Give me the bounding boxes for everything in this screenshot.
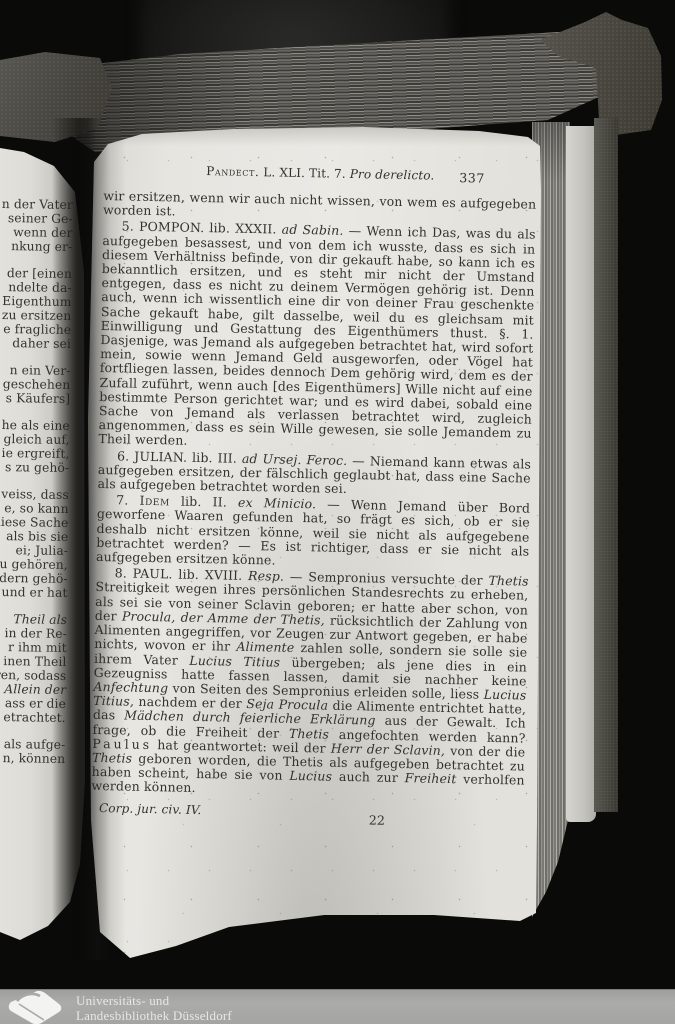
- fragment-line: ass er die: [0, 696, 66, 711]
- fragment-line: ndelte da-: [0, 280, 72, 295]
- fragment-line: u gehören,: [0, 557, 68, 572]
- book-flyleaf-edge: [566, 126, 596, 822]
- fragment-group: veiss, dasse, so kannliese Sacheals bis …: [0, 487, 69, 600]
- library-watermark-bar: Universitäts- und Landesbibliothek Düsse…: [0, 989, 675, 1024]
- sheet-number: 22: [369, 813, 386, 828]
- fragment-line: n der Vater: [0, 197, 73, 212]
- fragment-line: he als eine: [0, 418, 70, 433]
- fragment-line: liese Sache: [0, 515, 69, 530]
- fragment-line: und er hat: [0, 585, 68, 600]
- fragment-line: seiner Ge-: [0, 211, 73, 226]
- paragraph: 5. POMPON. lib. XXXII. ad Sabin. — Wenn …: [98, 219, 535, 455]
- fragment-line: geschehen: [0, 377, 70, 392]
- fragment-line: daher sei: [0, 336, 71, 351]
- fragment-line: r ihm mit: [0, 640, 67, 655]
- fragment-line: in der Re-: [0, 626, 67, 641]
- fragment-line: Allein der: [0, 682, 66, 697]
- fragment-line: e fragliche: [0, 322, 71, 337]
- paragraph: 7. Idem lib. II. ex Minicio. — Wenn Jema…: [96, 493, 530, 573]
- page-text-block: Pandect. L. XLI. Tit. 7. Pro derelicto. …: [91, 162, 537, 839]
- paragraph: 8. PAUL. lib. XVIII. Resp. — Sempronius …: [91, 566, 528, 802]
- paragraph: 6. JULIAN. lib. III. ad Ursej. Feroc. — …: [97, 449, 531, 500]
- page-body: wir ersitzen, wenn wir auch nicht wissen…: [91, 189, 536, 802]
- fragment-line: etrachtet.: [0, 710, 66, 725]
- fragment-group: Theil alsin der Re-r ihm mitinen Theilre…: [0, 612, 67, 725]
- running-head-title: Pandect. L. XLI. Tit. 7. Pro derelicto.: [206, 164, 434, 183]
- book-page: Pandect. L. XLI. Tit. 7. Pro derelicto. …: [84, 120, 542, 958]
- page-number: 337: [459, 171, 485, 186]
- book-scan-photo: n der Vaterseiner Ge-wenn dernkung er-de…: [0, 0, 675, 1024]
- fragment-line: ie ergreift,: [0, 446, 70, 461]
- fragment-line: Theil als: [0, 612, 67, 627]
- fragment-line: s zu gehö-: [0, 460, 69, 475]
- fragment-group: der [einenndelte da-Eigenthumzu ersitzen…: [0, 266, 72, 351]
- fragment-line: als bis sie: [0, 529, 68, 544]
- fragment-group: n der Vaterseiner Ge-wenn dernkung er-: [0, 197, 73, 254]
- fragment-line: ei; Julia-: [0, 543, 68, 558]
- fragment-line: als aufge-: [0, 737, 65, 752]
- fragment-line: nkung er-: [0, 239, 72, 254]
- volume-signature: Corp. jur. civ. IV.: [99, 801, 202, 817]
- library-name-line2: Landesbibliothek Düsseldorf: [76, 1008, 232, 1023]
- page-footer: Corp. jur. civ. IV. 22: [91, 800, 525, 839]
- library-name: Universitäts- und Landesbibliothek Düsse…: [76, 993, 232, 1023]
- left-page-sliver: n der Vaterseiner Ge-wenn dernkung er-de…: [0, 140, 88, 958]
- fragment-line: veiss, dass: [0, 487, 69, 502]
- fragment-line: der [einen: [0, 266, 72, 281]
- fragment-line: wenn der: [0, 225, 73, 240]
- fragment-line: s Käufers]: [0, 391, 70, 406]
- running-head: Pandect. L. XLI. Tit. 7. Pro derelicto. …: [104, 162, 537, 189]
- library-logo-icon: [7, 990, 63, 1024]
- fragment-line: inen Theil: [0, 654, 67, 669]
- book-cover-right-edge: [594, 118, 618, 812]
- left-page-fragments: n der Vaterseiner Ge-wenn dernkung er-de…: [0, 197, 73, 779]
- fragment-line: dern gehö-: [0, 571, 68, 586]
- fragment-group: n ein Ver-geschehens Käufers]: [0, 363, 71, 406]
- fragment-line: zu ersitzen: [0, 308, 71, 323]
- library-name-line1: Universitäts- und: [76, 993, 232, 1008]
- fragment-line: n ein Ver-: [0, 363, 71, 378]
- fragment-line: Eigenthum: [0, 294, 72, 309]
- fragment-line: gleich auf,: [0, 432, 70, 447]
- fragment-line: ren, sodass: [0, 668, 66, 683]
- fragment-line: e, so kann: [0, 501, 69, 516]
- fragment-group: he als einegleich auf,ie ergreift,s zu g…: [0, 418, 70, 475]
- fragment-group: als aufge-n, können: [0, 737, 65, 766]
- fragment-line: n, können: [0, 751, 65, 766]
